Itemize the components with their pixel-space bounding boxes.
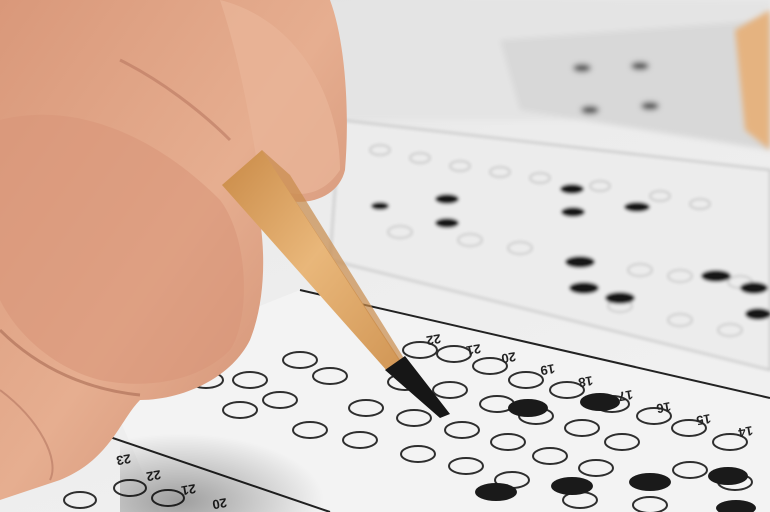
svg-text:17: 17 [617, 387, 634, 404]
photo-scene: 22 21 20 19 18 17 16 15 14 23 22 21 20 [0, 0, 770, 512]
svg-text:21: 21 [465, 341, 482, 358]
svg-text:19: 19 [539, 361, 556, 378]
svg-text:20: 20 [500, 349, 517, 366]
svg-text:16: 16 [655, 399, 672, 416]
svg-text:15: 15 [695, 411, 712, 428]
answer-sheet-photo: 22 21 20 19 18 17 16 15 14 23 22 21 20 [0, 0, 770, 512]
svg-text:22: 22 [425, 331, 442, 348]
svg-text:18: 18 [577, 373, 594, 390]
